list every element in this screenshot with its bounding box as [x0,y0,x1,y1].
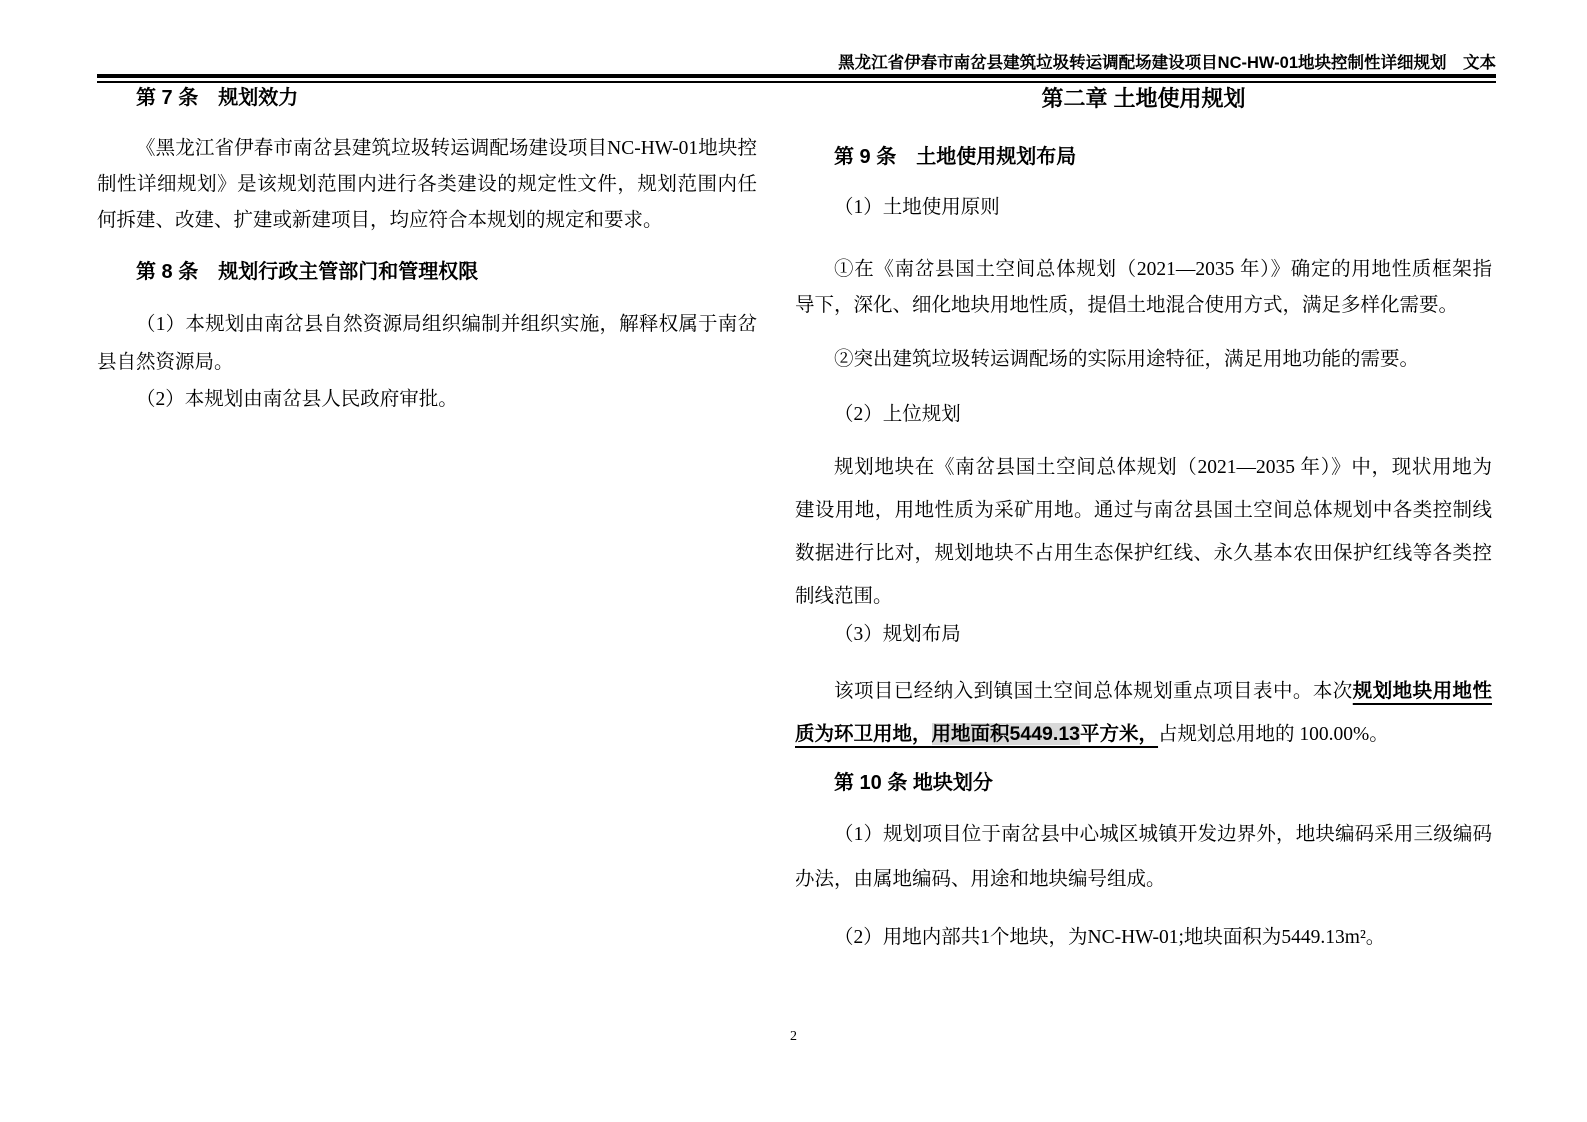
article-7-heading: 第 7 条 规划效力 [97,84,796,112]
sub3-paragraph-suffix: 占规划总用地的 100.00%。 [1158,724,1389,745]
sub3-emphasis-unit: 平方米， [1080,723,1158,745]
article-9-sub3-heading: （3）规划布局 [795,617,1492,653]
document-header-title: 黑龙江省伊春市南岔县建筑垃圾转运调配场建设项目NC-HW-01地块控制性详细规划… [838,53,1496,73]
article-9-sub2-heading: （2）上位规划 [795,397,1492,433]
article-7-paragraph: 《黑龙江省伊春市南岔县建筑垃圾转运调配场建设项目NC-HW-01地块控制性详细规… [97,131,757,239]
sub3-emphasis-shaded-area-value: 用地面积5449.13 [932,723,1081,745]
article-9-sub1-heading: （1）土地使用原则 [795,190,1492,226]
article-9-heading: 第 9 条 土地使用规划布局 [795,143,1531,171]
article-10-heading: 第 10 条 地块划分 [795,769,1531,797]
chapter-2-heading: 第二章 土地使用规划 [795,85,1492,113]
article-9-sub2-paragraph: 规划地块在《南岔县国土空间总体规划（2021—2035 年）》中，现状用地为建设… [795,446,1492,618]
document-page: 黑龙江省伊春市南岔县建筑垃圾转运调配场建设项目NC-HW-01地块控制性详细规划… [0,0,1587,1122]
article-10-item-2: （2）用地内部共1个地块，为NC-HW-01;地块面积为5449.13m²。 [795,920,1492,956]
article-8-item-2: （2）本规划由南岔县人民政府审批。 [97,382,757,418]
article-8-item-1: （1）本规划由南岔县自然资源局组织编制并组织实施，解释权属于南岔县自然资源局。 [97,306,757,382]
article-9-principle-1: ①在《南岔县国土空间总体规划（2021—2035 年）》确定的用地性质框架指导下… [795,252,1492,324]
header-double-rule [97,74,1496,83]
sub3-paragraph-prefix: 该项目已经纳入到镇国土空间总体规划重点项目表中。本次 [834,681,1353,702]
article-9-sub3-paragraph: 该项目已经纳入到镇国土空间总体规划重点项目表中。本次规划地块用地性质为环卫用地，… [795,670,1492,756]
article-8-heading: 第 8 条 规划行政主管部门和管理权限 [97,258,796,286]
article-9-principle-2: ②突出建筑垃圾转运调配场的实际用途特征，满足用地功能的需要。 [795,342,1492,378]
page-number: 2 [0,1028,1587,1046]
article-10-item-1: （1）规划项目位于南岔县中心城区城镇开发边界外，地块编码采用三级编码办法，由属地… [795,812,1492,902]
